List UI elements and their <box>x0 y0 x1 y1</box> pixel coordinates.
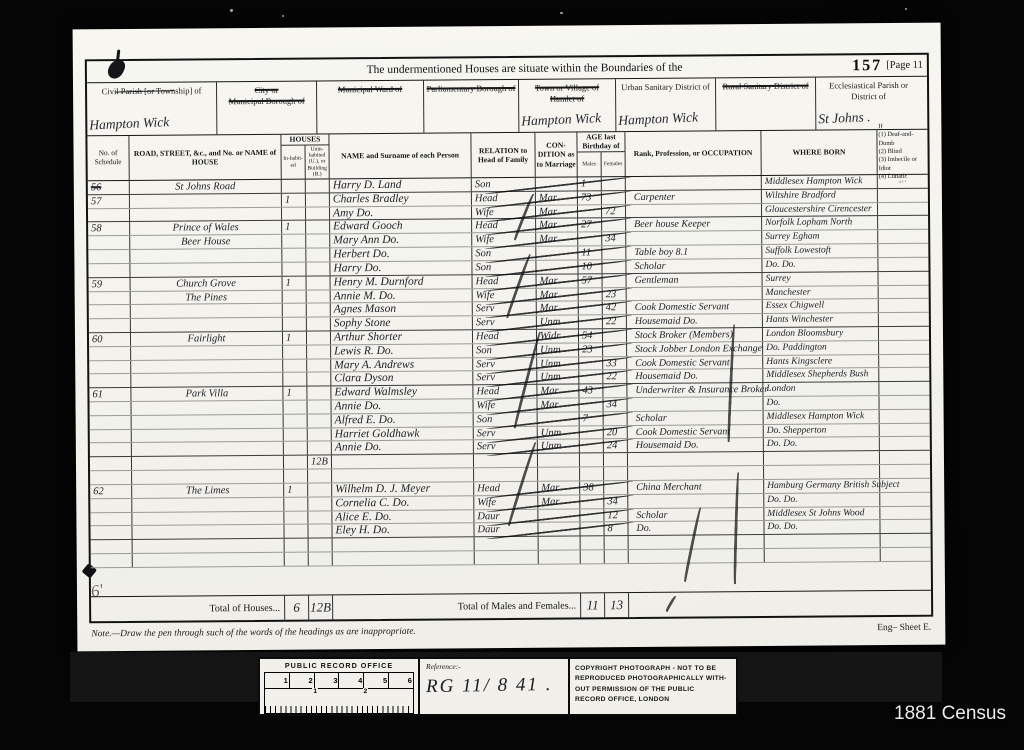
age-female-cell: 34 <box>604 495 628 508</box>
district-label: Town or Village ofHamlet of <box>519 82 615 104</box>
district-cell: Town or Village ofHamlet of Hampton Wick <box>519 79 616 132</box>
infirmity-cell <box>879 313 929 326</box>
born-cell: Surrey <box>763 272 879 286</box>
age-male-cell <box>579 398 603 411</box>
uninhabited-cell <box>308 511 332 524</box>
born-cell: Middlesex Shepherds Bush <box>763 368 879 382</box>
born-cell: Do. Do. <box>762 258 878 272</box>
col-infirmity: If(1) Deaf-and-Dumb(2) Blind(3) Imbecile… <box>877 130 927 174</box>
census-form: The undermentioned Houses are situate wi… <box>85 53 933 624</box>
district-label: City orMunicipal Borough of <box>217 85 316 107</box>
name-cell: Charles Bradley <box>330 192 472 206</box>
name-cell: Herbert Do. <box>330 247 472 261</box>
inhabited-cell <box>282 207 306 220</box>
sheet-label: Eng– Sheet E. <box>877 623 931 633</box>
totals-blank <box>629 591 931 617</box>
infirmity-cell <box>880 479 930 492</box>
total-houses-label: Total of Houses... <box>91 596 285 622</box>
occupation-cell: Cook Domestic Servant <box>627 300 763 314</box>
schedule-cell: 56 <box>88 181 130 194</box>
occupation-cell <box>627 287 763 301</box>
infirmity-cell <box>878 258 928 271</box>
condition-cell <box>538 468 580 481</box>
age-female-cell: 72 <box>602 205 626 218</box>
schedule-cell <box>89 361 131 374</box>
copyright-line: COPYRIGHT PHOTOGRAPH - NOT TO BE <box>575 664 731 674</box>
name-cell: Harry Do. <box>330 261 472 275</box>
name-cell: Alfred E. Do. <box>332 413 474 427</box>
road-cell <box>130 249 282 263</box>
age-female-cell: 33 <box>603 357 627 370</box>
district-handwritten-value: Hampton Wick <box>89 112 217 134</box>
condition-cell <box>536 247 578 260</box>
born-cell: Norfolk Lopham North <box>762 217 878 231</box>
name-cell <box>333 551 475 565</box>
born-cell: Suffolk Lowestoft <box>762 244 878 258</box>
name-cell <box>333 537 475 551</box>
condition-cell: Unm <box>538 426 580 439</box>
infirmity-cell <box>879 382 929 395</box>
name-cell: Alice E. Do. <box>332 510 474 524</box>
occupation-cell: Housemaid Do. <box>628 438 764 452</box>
road-cell <box>130 207 282 221</box>
age-female-cell: 42 <box>603 301 627 314</box>
uninhabited-cell <box>307 304 331 317</box>
relation-cell <box>474 468 538 481</box>
inhabited-cell: 1 <box>283 387 307 400</box>
schedule-cell <box>88 236 130 249</box>
relation-cell: Wife <box>472 233 536 246</box>
name-cell <box>332 468 474 482</box>
col-uninhabited: Unin-habited (U.), or Building (B.) <box>305 146 328 179</box>
inhabited-cell <box>282 180 306 193</box>
relation-cell: Head <box>472 192 536 205</box>
district-label: Rural Sanitary District of <box>716 81 815 92</box>
born-cell: Hamburg Germany British Subject <box>764 479 880 493</box>
age-female-cell <box>605 536 629 549</box>
uninhabited-cell <box>307 318 331 331</box>
uninhabited-cell <box>307 400 331 413</box>
folio-number: 157 <box>852 57 882 75</box>
condition-cell: Mar <box>536 205 578 218</box>
road-cell: Church Grove <box>131 276 283 290</box>
infirmity-cell <box>881 534 931 547</box>
schedule-cell <box>89 291 131 304</box>
age-male-cell <box>581 550 605 563</box>
infirmity-cell <box>880 520 930 533</box>
inhabited-cell <box>283 401 307 414</box>
road-cell <box>130 194 282 208</box>
pen-flourish <box>665 595 676 612</box>
relation-cell: Wife <box>474 495 538 508</box>
infirmity-cell <box>879 368 929 381</box>
table-body: 56 St Johns Road Harry D. Land Son 1 Mid… <box>88 175 931 597</box>
born-cell: Essex Chigwell <box>763 299 879 313</box>
infirmity-cell <box>880 437 930 450</box>
road-cell: Beer House <box>130 235 282 249</box>
inhabited-cell: 1 <box>283 332 307 345</box>
age-female-cell <box>602 260 626 273</box>
born-cell <box>765 534 881 548</box>
age-male-cell <box>580 509 604 522</box>
relation-cell: Head <box>472 219 536 232</box>
road-cell <box>132 525 284 539</box>
schedule-cell <box>89 347 131 360</box>
condition-cell: Unm <box>537 357 579 370</box>
born-cell <box>764 465 880 479</box>
uninhabited-cell <box>307 290 331 303</box>
pro-copyright-section: COPYRIGHT PHOTOGRAPH - NOT TO BEREPRODUC… <box>570 659 736 714</box>
district-header-row: Civil Parish [or Township] of Hampton Wi… <box>87 77 927 137</box>
name-cell: Edward Walmsley <box>331 385 473 399</box>
age-male-cell: 57 <box>579 274 603 287</box>
infirmity-cell <box>879 340 929 353</box>
age-male-cell <box>579 315 603 328</box>
born-cell: Gloucestershire Cirencester <box>762 203 878 217</box>
occupation-cell: Beer house Keeper <box>626 217 762 231</box>
age-male-cell: 54 <box>579 329 603 342</box>
age-female-cell <box>603 329 627 342</box>
inhabited-cell <box>284 456 308 469</box>
col-females: Females <box>602 152 625 176</box>
infirmity-cell <box>880 492 930 505</box>
col-inhabited: In-habit-ed <box>281 146 305 179</box>
relation-cell: Head <box>474 482 538 495</box>
road-cell <box>131 346 283 360</box>
name-cell: Lewis R. Do. <box>331 344 473 358</box>
road-cell <box>133 553 285 567</box>
infirmity-cell <box>878 202 928 215</box>
district-handwritten-value: St Johns . <box>818 107 922 128</box>
road-cell <box>131 359 283 373</box>
name-cell: Annie Do. <box>331 399 473 413</box>
ruler-number: 2 <box>363 688 369 695</box>
uninhabited-cell <box>306 193 330 206</box>
occupation-cell: Housemaid Do. <box>627 369 763 383</box>
uninhabited-cell <box>308 428 332 441</box>
ruler-segment: 3 <box>315 673 340 688</box>
inhabited-cell: 1 <box>284 483 308 496</box>
occupation-cell <box>628 466 764 480</box>
age-male-cell <box>578 205 602 218</box>
schedule-cell <box>89 319 131 332</box>
occupation-cell: China Merchant <box>628 480 764 494</box>
inhabited-cell <box>283 359 307 372</box>
infirmity-list: If(1) Deaf-and-Dumb(2) Blind(3) Imbecile… <box>878 123 926 182</box>
census-watermark: 1881 Census <box>894 703 1006 725</box>
uninhabited-cell <box>308 414 332 427</box>
relation-cell: Head <box>473 274 537 287</box>
district-cell: Municipal Ward of <box>317 81 424 134</box>
footer-note: Note.—Draw the pen through such of the w… <box>91 627 416 640</box>
name-cell: Eley H. Do. <box>332 524 474 538</box>
occupation-cell: Table boy 8.1 <box>626 245 762 259</box>
form-title: The undermentioned Houses are situate wi… <box>87 60 852 78</box>
ruler: 123456 1 2 <box>264 672 414 714</box>
occupation-cell: Carpenter <box>626 190 762 204</box>
schedule-cell <box>90 512 132 525</box>
name-cell: Harry D. Land <box>330 178 472 192</box>
age-female-cell <box>605 550 629 563</box>
age-male-cell <box>579 302 603 315</box>
public-record-office-strip: PUBLIC RECORD OFFICE 123456 1 2 Referenc… <box>258 657 738 716</box>
relation-cell: Head <box>473 330 537 343</box>
district-handwritten-value: Hampton Wick <box>521 110 616 131</box>
inhabited-cell <box>284 470 308 483</box>
age-male-cell <box>580 440 604 453</box>
uninhabited-cell <box>309 552 333 565</box>
born-cell: Hants Winchester <box>763 313 879 327</box>
occupation-cell <box>628 452 764 466</box>
name-cell: Annie M. Do. <box>331 289 473 303</box>
infirmity-cell <box>878 244 928 257</box>
uninhabited-cell <box>307 345 331 358</box>
infirmity-cell <box>880 410 930 423</box>
name-cell: Wilhelm D. J. Meyer <box>332 482 474 496</box>
born-cell: Do. Do. <box>764 438 880 452</box>
infirmity-cell <box>878 271 928 284</box>
condition-cell: Mar <box>538 495 580 508</box>
road-cell <box>132 415 284 429</box>
inhabited-cell <box>283 373 307 386</box>
uninhabited-cell <box>308 442 332 455</box>
ruler-segment: 4 <box>339 673 364 688</box>
infirmity-cell <box>878 230 928 243</box>
infirmity-cell <box>878 189 928 202</box>
district-cell: City orMunicipal Borough of <box>217 82 317 135</box>
uninhabited-cell <box>308 483 332 496</box>
age-male-cell <box>580 523 604 536</box>
born-cell: Manchester <box>763 286 879 300</box>
infirmity-cell <box>879 396 929 409</box>
col-road: ROAD, STREET, &c., and No. or NAME of HO… <box>129 135 281 180</box>
age-male-cell: 23 <box>579 343 603 356</box>
name-cell <box>332 455 474 469</box>
total-inhabited: 6 <box>285 596 309 620</box>
name-cell: Henry M. Durnford <box>331 275 473 289</box>
schedule-cell <box>90 416 132 429</box>
relation-cell: Son <box>472 178 536 191</box>
road-cell <box>132 456 284 470</box>
schedule-cell: 62 <box>90 485 132 498</box>
inhabited-cell <box>282 249 306 262</box>
uninhabited-cell <box>308 497 332 510</box>
district-handwritten-value: Hampton Wick <box>618 109 716 130</box>
uninhabited-cell <box>307 359 331 372</box>
born-cell: London <box>763 382 879 396</box>
uninhabited-cell <box>309 539 333 552</box>
schedule-cell <box>88 250 130 263</box>
name-cell: Mary Ann Do. <box>330 234 472 248</box>
road-cell <box>132 470 284 484</box>
pro-reference-section: Reference:- RG 11/ 8 41 . <box>420 659 570 714</box>
age-male-cell <box>579 371 603 384</box>
district-cell: Civil Parish [or Township] of Hampton Wi… <box>87 82 217 135</box>
condition-cell: Widr <box>537 329 579 342</box>
condition-cell: Unm <box>537 371 579 384</box>
occupation-cell: Cook Domestic Servant <box>627 356 763 370</box>
born-cell: Hants Kingsclere <box>763 355 879 369</box>
col-condition: CON-DITION as to Marriage <box>535 132 577 176</box>
infirmity-cell <box>879 299 929 312</box>
table-header-row: No. of Schedule ROAD, STREET, &c., and N… <box>87 130 927 182</box>
age-female-cell <box>604 467 628 480</box>
occupation-cell: Cook Domestic Servant <box>628 425 764 439</box>
relation-cell: Serv <box>473 316 537 329</box>
condition-cell <box>538 454 580 467</box>
age-female-cell <box>602 219 626 232</box>
name-cell: Cornelia C. Do. <box>332 496 474 510</box>
age-male-cell <box>578 233 602 246</box>
ruler-number: 1 <box>312 688 318 695</box>
condition-cell <box>538 523 580 536</box>
relation-cell: Wife <box>472 205 536 218</box>
road-cell: The Limes <box>132 484 284 498</box>
age-male-cell <box>579 357 603 370</box>
ruler-segment: 6 <box>389 673 413 688</box>
total-uninhabited: 12B <box>309 595 333 619</box>
ruler-inch-scale: 123456 <box>265 673 413 689</box>
condition-cell: Mar <box>536 233 578 246</box>
age-female-cell: 12 <box>604 509 628 522</box>
inhabited-cell <box>284 442 308 455</box>
age-female-cell: 34 <box>603 398 627 411</box>
road-cell <box>131 373 283 387</box>
occupation-cell <box>626 176 762 190</box>
uninhabited-cell <box>306 207 330 220</box>
road-cell: Prince of Wales <box>130 221 282 235</box>
age-female-cell: 22 <box>603 370 627 383</box>
schedule-cell: 61 <box>89 388 131 401</box>
ruler-segment: 5 <box>364 673 389 688</box>
schedule-cell <box>91 540 133 553</box>
born-cell: Do. Shepperton <box>764 424 880 438</box>
relation-cell <box>474 454 538 467</box>
relation-cell <box>475 551 539 564</box>
name-cell: Mary A. Andrews <box>331 358 473 372</box>
infirmity-cell <box>878 216 928 229</box>
census-photo-scan: 6' The undermentioned Houses are situate… <box>0 0 1024 750</box>
occupation-cell: Scholar <box>628 411 764 425</box>
inhabited-cell: 1 <box>282 221 306 234</box>
col-relation: RELATION to Head of Family <box>471 133 535 178</box>
age-female-cell <box>602 191 626 204</box>
born-cell: Surrey Egham <box>762 230 878 244</box>
infirmity-cell <box>881 548 931 561</box>
condition-cell <box>538 412 580 425</box>
occupation-cell: Gentleman <box>627 273 763 287</box>
condition-cell: Mar <box>537 274 579 287</box>
dust-speck <box>905 8 907 10</box>
schedule-cell <box>88 264 130 277</box>
district-cell: Parliamentary Borough of <box>424 80 519 133</box>
inhabited-cell <box>283 345 307 358</box>
schedule-cell: 58 <box>88 222 130 235</box>
age-female-cell <box>603 343 627 356</box>
ruler-segment: 2 <box>290 673 315 688</box>
inhabited-cell <box>283 290 307 303</box>
age-male-cell <box>581 536 605 549</box>
condition-cell <box>539 537 581 550</box>
schedule-cell <box>89 305 131 318</box>
district-handwritten-value <box>319 128 423 132</box>
born-cell: Middlesex St Johns Wood <box>764 507 880 521</box>
schedule-cell <box>89 402 131 415</box>
age-female-cell <box>602 177 626 190</box>
born-cell: Middlesex Hampton Wick <box>764 410 880 424</box>
age-male-cell <box>580 495 604 508</box>
inhabited-cell: 1 <box>283 276 307 289</box>
uninhabited-cell <box>307 331 331 344</box>
schedule-cell <box>88 209 130 222</box>
inhabited-cell <box>282 235 306 248</box>
relation-cell: Serv <box>474 440 538 453</box>
copyright-line: REPRODUCED PHOTOGRAPHICALLY WITH- <box>575 674 731 684</box>
age-female-cell: 22 <box>603 315 627 328</box>
relation-cell: Son <box>472 261 536 274</box>
reference-value: RG 11/ 8 41 . <box>426 674 562 698</box>
schedule-cell <box>89 374 131 387</box>
road-cell <box>132 511 284 525</box>
age-female-cell <box>603 384 627 397</box>
road-cell <box>133 539 285 553</box>
age-male-cell <box>580 454 604 467</box>
age-male-cell: 1 <box>578 177 602 190</box>
pro-office-title: PUBLIC RECORD OFFICE <box>264 661 414 670</box>
born-cell: Middlesex Hampton Wick <box>762 175 878 189</box>
infirmity-cell <box>880 465 930 478</box>
infirmity-cell <box>880 423 930 436</box>
age-female-cell: 34 <box>602 232 626 245</box>
uninhabited-cell: 12B <box>308 456 332 469</box>
uninhabited-cell <box>306 221 330 234</box>
age-male-cell: 7 <box>580 412 604 425</box>
road-cell: The Pines <box>131 290 283 304</box>
relation-cell: Son <box>474 413 538 426</box>
infirmity-cell <box>880 451 930 464</box>
relation-cell: Wife <box>473 399 537 412</box>
road-cell <box>130 263 282 277</box>
dust-speck <box>282 15 284 17</box>
relation-cell: Son <box>472 247 536 260</box>
infirmity-cell <box>879 327 929 340</box>
district-label: Parliamentary Borough of <box>424 83 518 94</box>
schedule-cell: 59 <box>89 278 131 291</box>
col-houses: HOUSES In-habit-ed Unin-habited (U.), or… <box>281 134 329 178</box>
age-male-cell <box>580 467 604 480</box>
born-cell: Do. Do. <box>764 520 880 534</box>
district-label: Urban Sanitary District of <box>616 81 715 92</box>
age-female-cell: 8 <box>604 522 628 535</box>
inhabited-cell <box>284 497 308 510</box>
infirmity-cell <box>880 506 930 519</box>
schedule-cell <box>90 430 132 443</box>
age-male-cell <box>580 426 604 439</box>
road-cell <box>132 428 284 442</box>
name-cell: Amy Do. <box>330 206 472 220</box>
schedule-cell <box>91 554 133 567</box>
relation-cell: Son <box>473 344 537 357</box>
condition-cell: Mar <box>538 481 580 494</box>
age-female-cell: 24 <box>604 440 628 453</box>
condition-cell <box>536 177 578 190</box>
infirmity-cell <box>879 285 929 298</box>
district-label: Municipal Ward of <box>317 84 423 95</box>
copyright-line: RECORD OFFICE, LONDON <box>575 695 731 705</box>
uninhabited-cell <box>308 525 332 538</box>
relation-cell: Daur <box>474 523 538 536</box>
name-cell: Annie Do. <box>332 441 474 455</box>
